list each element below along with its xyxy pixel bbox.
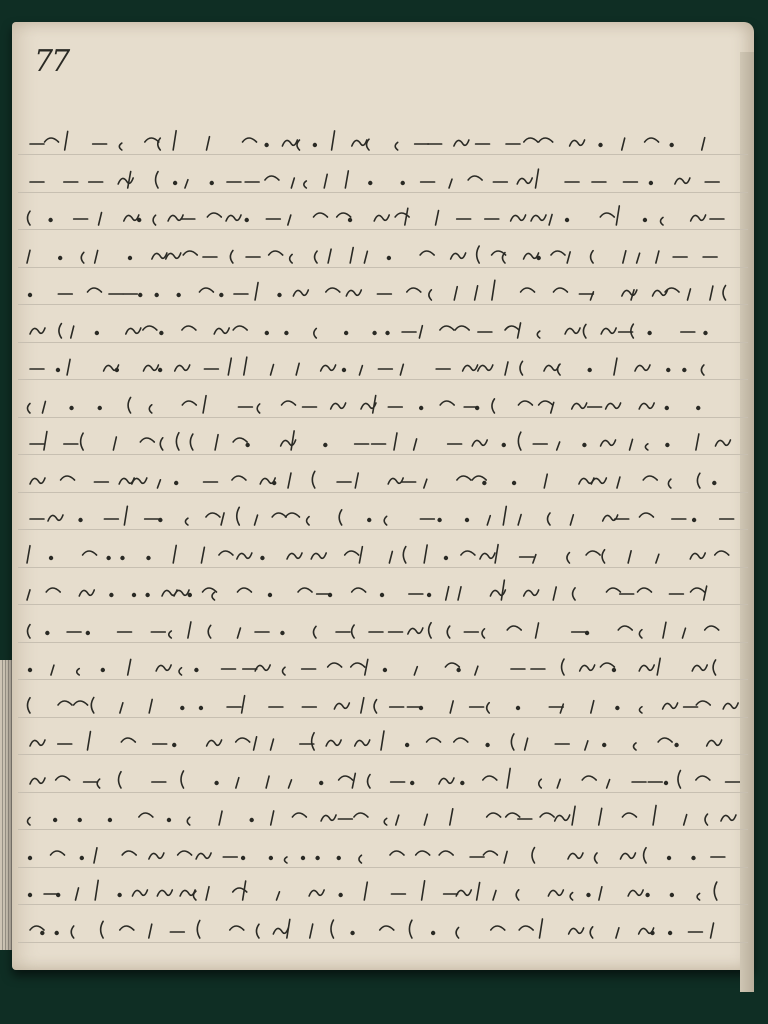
shorthand-line <box>26 766 740 794</box>
shorthand-line <box>26 728 740 756</box>
shorthand-line <box>26 653 740 681</box>
shorthand-line <box>26 353 740 381</box>
shorthand-line <box>26 128 740 156</box>
shorthand-line <box>26 316 740 344</box>
shorthand-line <box>26 241 740 269</box>
shorthand-line <box>26 841 740 869</box>
shorthand-line <box>26 691 740 719</box>
page-right-edge <box>740 52 754 992</box>
shorthand-line <box>26 278 740 306</box>
shorthand-line <box>26 166 740 194</box>
shorthand-line <box>26 428 740 456</box>
shorthand-line <box>26 503 740 531</box>
shorthand-line <box>26 466 740 494</box>
shorthand-line <box>26 391 740 419</box>
shorthand-line <box>26 803 740 831</box>
shorthand-line <box>26 878 740 906</box>
notebook-page: 77 <box>12 22 754 970</box>
shorthand-line <box>26 541 740 569</box>
shorthand-line <box>26 578 740 606</box>
shorthand-line <box>26 616 740 644</box>
shorthand-line <box>26 203 740 231</box>
shorthand-line <box>26 916 740 944</box>
page-number: 77 <box>34 44 68 79</box>
